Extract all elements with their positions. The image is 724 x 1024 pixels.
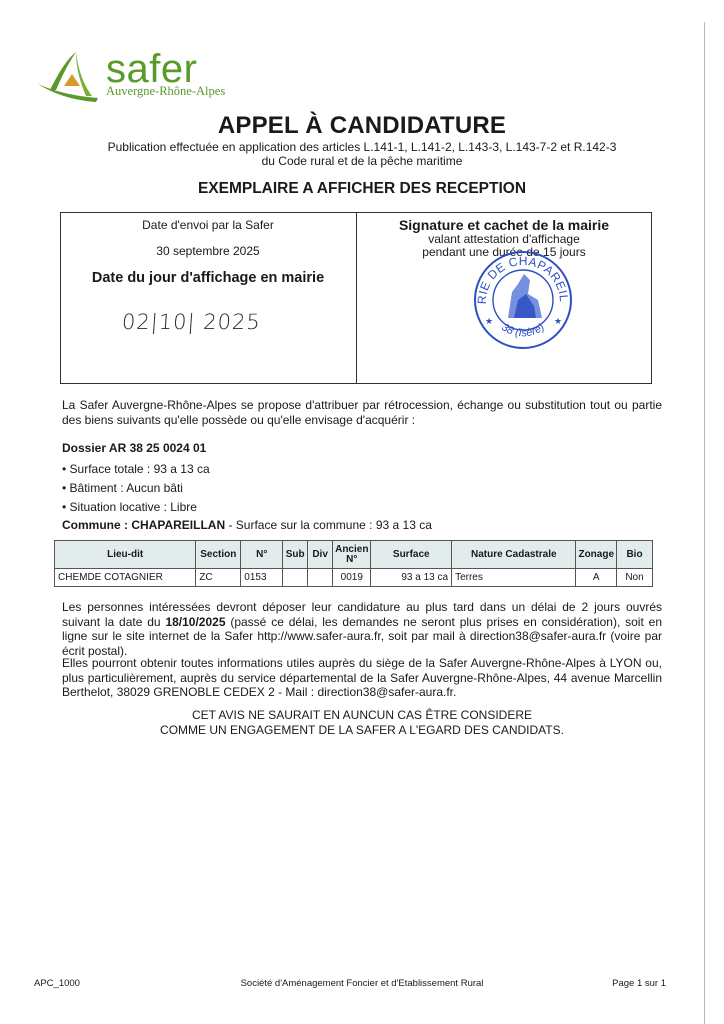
section-heading: EXEMPLAIRE A AFFICHER DES RECEPTION [0,180,724,198]
scan-artifact-line [704,22,705,1024]
cell-lieu-dit: CHEMDE COTAGNIER [55,569,196,587]
col-sub: Sub [283,541,308,569]
logo-region: Auvergne-Rhône-Alpes [106,84,225,99]
cell-nature-cadastrale: Terres [452,569,576,587]
bullet-surface: • Surface totale : 93 a 13 ca [62,462,210,476]
table-header-row: Lieu-dit Section N° Sub Div Ancien N° Su… [55,541,653,569]
cell-div [308,569,333,587]
col-lieu-dit: Lieu-dit [55,541,196,569]
cell-numero: 0153 [241,569,283,587]
dossier-title: Dossier AR 38 25 0024 01 [62,441,206,455]
legal-reference-line2: du Code rural et de la pêche maritime [0,155,724,169]
info-paragraph: Elles pourront obtenir toutes informatio… [62,656,662,700]
legal-reference-line1: Publication effectuée en application des… [0,141,724,155]
disclaimer-line1: CET AVIS NE SAURAIT EN AUNCUN CAS ÊTRE C… [0,708,724,723]
disclaimer-notice: CET AVIS NE SAURAIT EN AUNCUN CAS ÊTRE C… [0,708,724,737]
bullet-rental-status: • Situation locative : Libre [62,500,197,514]
safer-triangle-icon [36,50,108,106]
legal-reference: Publication effectuée en application des… [0,141,724,168]
svg-text:38 (Isère): 38 (Isère) [499,321,547,339]
cell-zonage: A [576,569,617,587]
send-date-label: Date d'envoi par la Safer [60,218,356,232]
posting-date-label: Date du jour d'affichage en mairie [60,270,356,286]
commune-surface: - Surface sur la commune : 93 a 13 ca [225,518,432,532]
col-zonage: Zonage [576,541,617,569]
footer-page-number: Page 1 sur 1 [612,978,666,989]
town-hall-stamp-icon: MAIRIE DE CHAPAREILLAN 38 (Isère) ★ ★ [472,244,574,354]
col-numero: N° [241,541,283,569]
cell-section: ZC [196,569,241,587]
col-ancien-numero: Ancien N° [333,541,371,569]
deadline-date: 18/10/2025 [165,615,225,629]
svg-text:★: ★ [554,316,562,326]
safer-logo: safer Auvergne-Rhône-Alpes [36,46,236,106]
col-surface: Surface [371,541,452,569]
page-title: APPEL À CANDIDATURE [0,112,724,140]
bullet-building: • Bâtiment : Aucun bâti [62,481,183,495]
disclaimer-line2: COMME UN ENGAGEMENT DE LA SAFER A L'EGAR… [0,723,724,738]
col-nature-cadastrale: Nature Cadastrale [452,541,576,569]
table-row: CHEMDE COTAGNIER ZC 0153 0019 93 a 13 ca… [55,569,653,587]
col-div: Div [308,541,333,569]
parcels-table: Lieu-dit Section N° Sub Div Ancien N° Su… [54,540,653,587]
col-bio: Bio [617,541,653,569]
svg-text:★: ★ [485,316,493,326]
intro-paragraph: La Safer Auvergne-Rhône-Alpes se propose… [62,398,662,427]
commune-label: Commune : CHAPAREILLAN [62,518,225,532]
deadline-paragraph: Les personnes intéressées devront dépose… [62,600,662,658]
cell-bio: Non [617,569,653,587]
posting-date-handwritten: 02|10| 2025 [121,310,261,334]
cell-sub [283,569,308,587]
commune-line: Commune : CHAPAREILLAN - Surface sur la … [62,518,432,532]
cell-ancien-numero: 0019 [333,569,371,587]
signature-title: Signature et cachet de la mairie [356,217,652,233]
col-section: Section [196,541,241,569]
send-date-value: 30 septembre 2025 [60,244,356,258]
cell-surface: 93 a 13 ca [371,569,452,587]
